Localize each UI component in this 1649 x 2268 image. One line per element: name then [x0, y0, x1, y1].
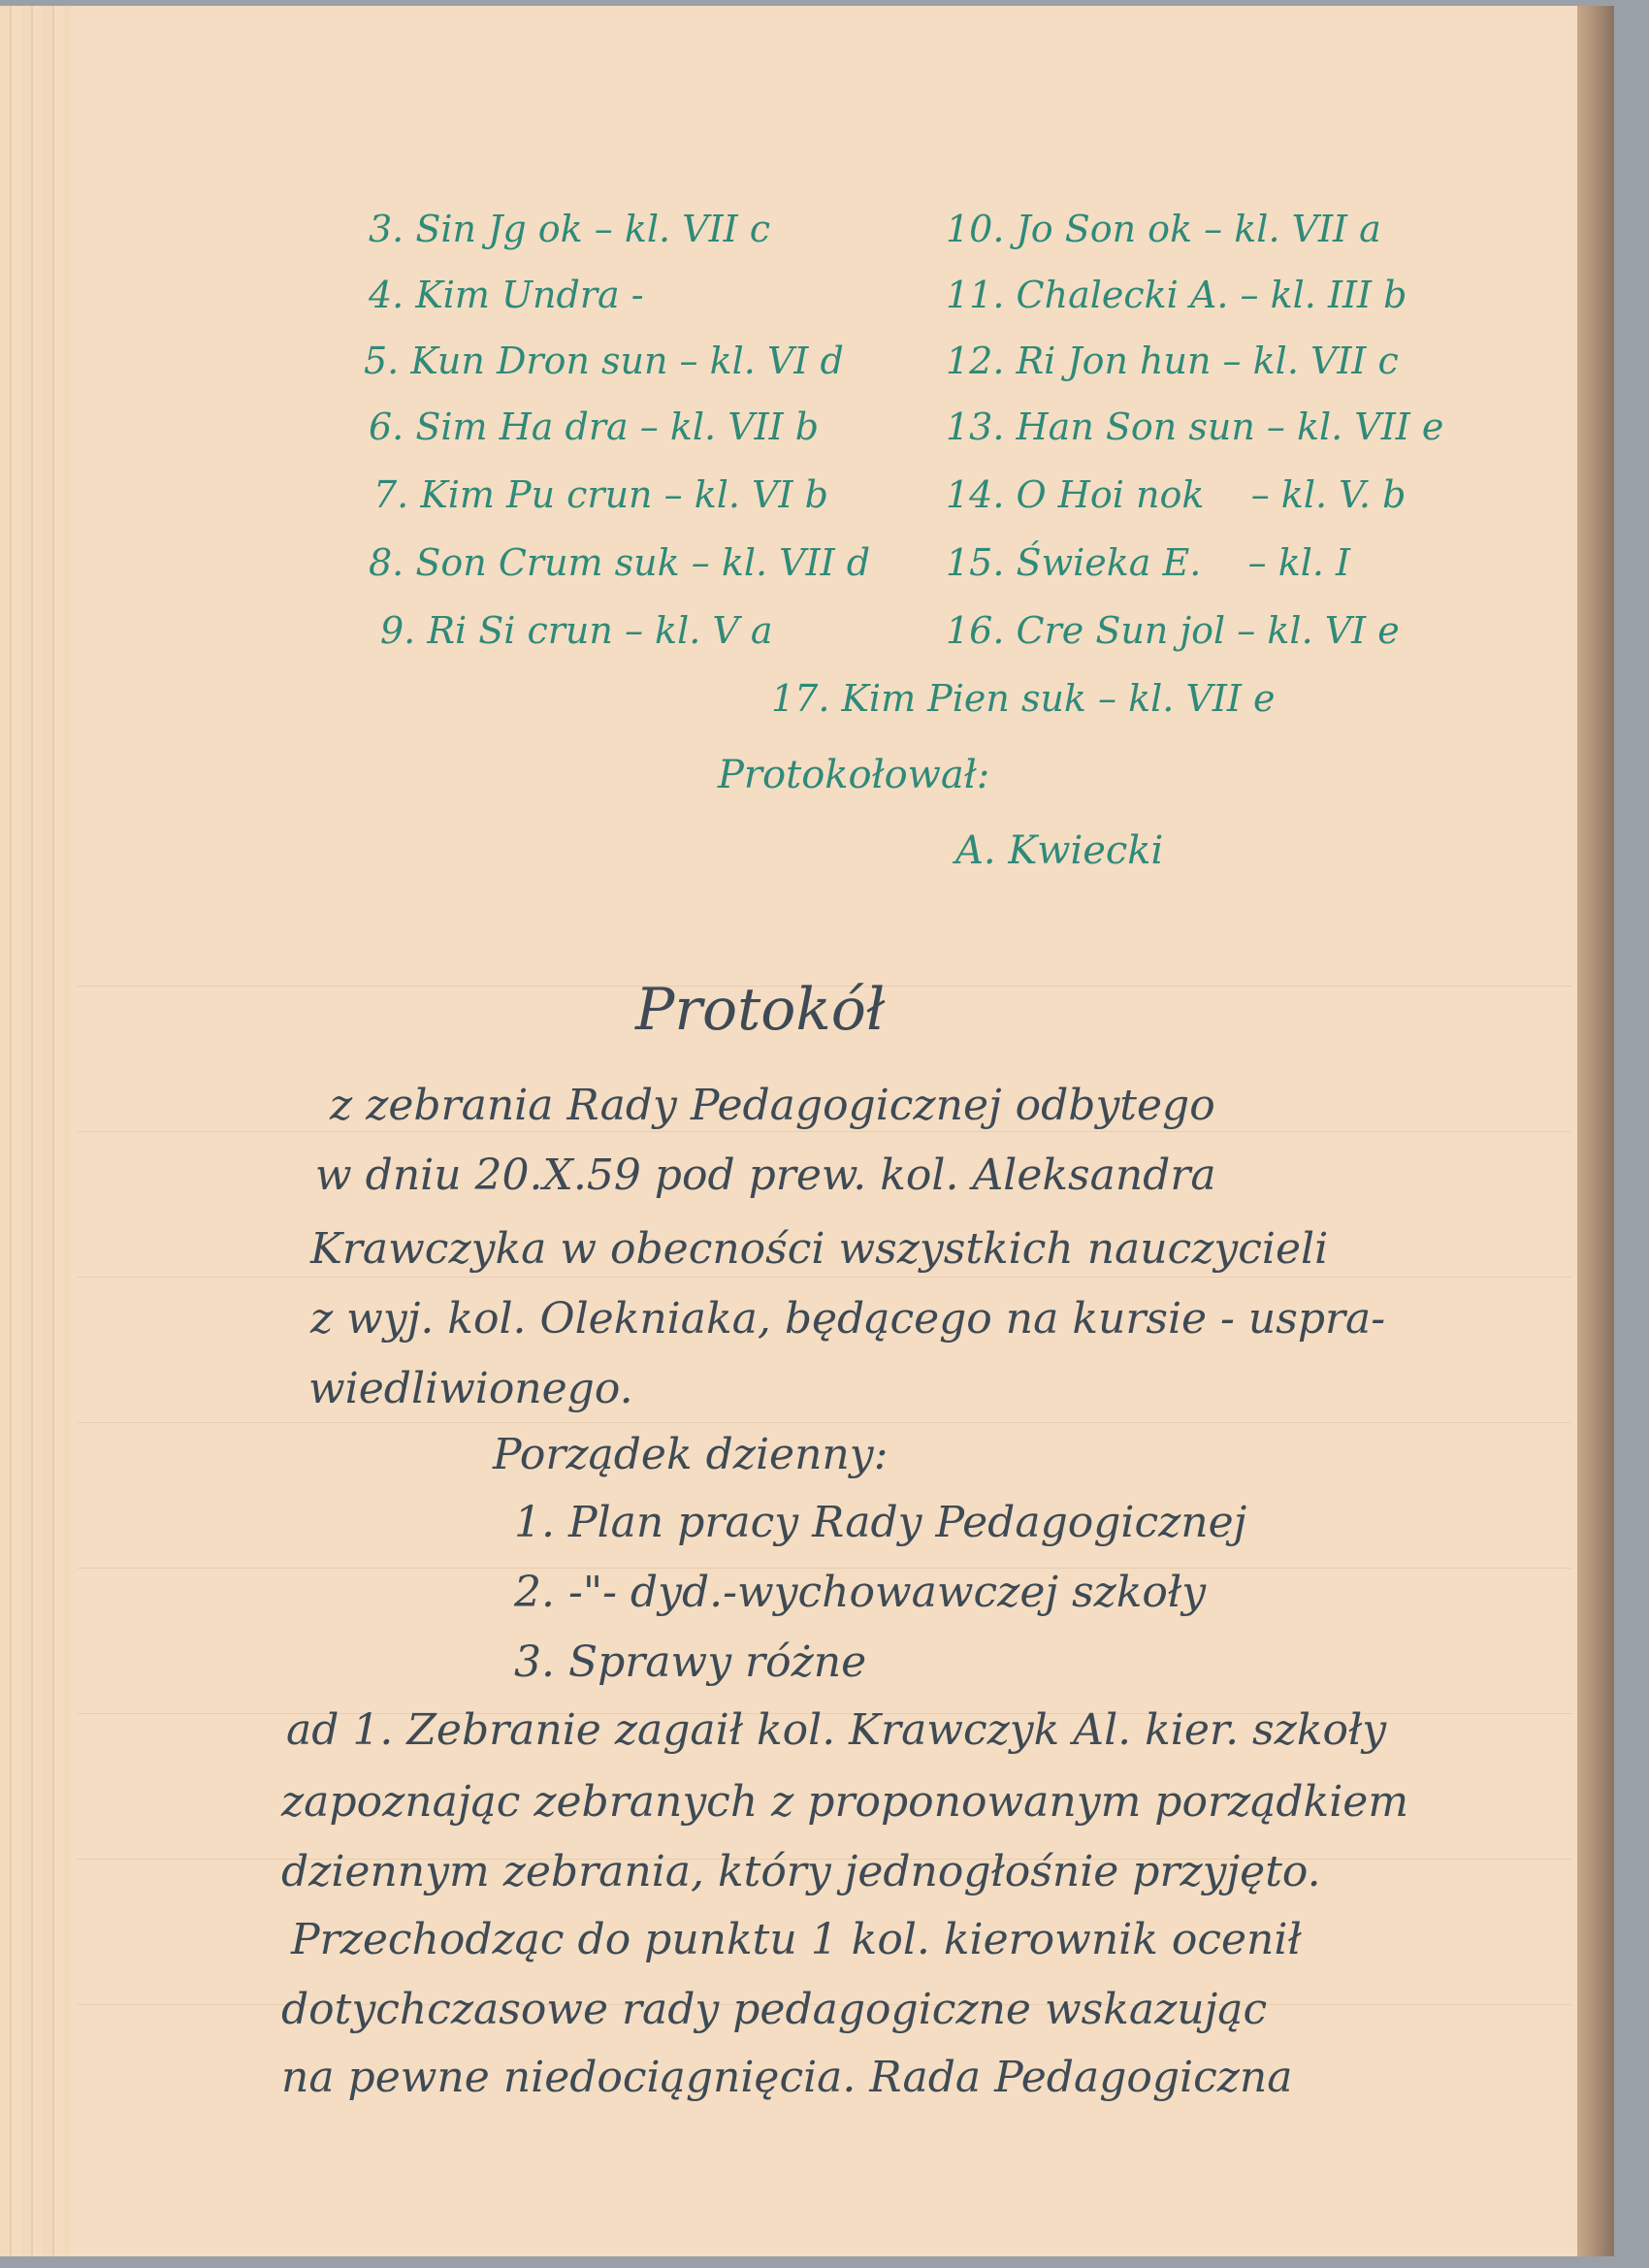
- list-item: 6. Sim Ha dra – kl. VII b: [369, 405, 819, 448]
- protocol-title: Protokół: [635, 976, 885, 1044]
- agenda-label: Porządek dzienny:: [493, 1430, 888, 1479]
- list-item: 12. Ri Jon hun – kl. VII c: [946, 340, 1399, 382]
- intro-line: z wyj. kol. Olekniaka, będącego na kursi…: [310, 1294, 1385, 1344]
- list-item: 4. Kim Undra -: [369, 274, 644, 316]
- agenda-item: 3. Sprawy różne: [514, 1637, 866, 1687]
- ruled-line: [78, 1131, 1571, 1132]
- body-line: zapoznając zebranych z proponowanym porz…: [281, 1777, 1408, 1827]
- list-item: 9. Ri Si crun – kl. V a: [380, 609, 773, 652]
- ruled-line: [78, 1277, 1571, 1278]
- book-spine-shadow: [1577, 6, 1614, 2256]
- notebook-page: 3. Sin Jg ok – kl. VII c 4. Kim Undra - …: [0, 6, 1614, 2256]
- intro-line: z zebrania Rady Pedagogicznej odbytego: [330, 1081, 1215, 1130]
- body-line: Przechodząc do punktu 1 kol. kierownik o…: [291, 1915, 1302, 1964]
- list-item: 5. Kun Dron sun – kl. VI d: [364, 340, 844, 382]
- list-item: 14. O Hoi nok – kl. V. b: [946, 473, 1406, 516]
- protokolowal-label: Protokołował:: [718, 753, 989, 797]
- intro-line: Krawczyka w obecności wszystkich nauczyc…: [310, 1224, 1328, 1274]
- list-item: 8. Son Crum suk – kl. VII d: [369, 541, 870, 584]
- agenda-item: 1. Plan pracy Rady Pedagogicznej: [514, 1498, 1246, 1547]
- list-item-last: 17. Kim Pien suk – kl. VII e: [771, 677, 1276, 720]
- body-line: na pewne niedociągnięcia. Rada Pedagogic…: [281, 2053, 1293, 2102]
- list-item: 16. Cre Sun jol – kl. VI e: [946, 609, 1400, 652]
- intro-line: w dniu 20.X.59 pod prew. kol. Aleksandra: [315, 1150, 1216, 1200]
- ruled-line: [78, 1422, 1571, 1423]
- list-item: 13. Han Son sun – kl. VII e: [946, 405, 1443, 448]
- agenda-item: 2. -"- dyd.-wychowawczej szkoły: [514, 1568, 1206, 1617]
- list-item: 10. Jo Son ok – kl. VII a: [946, 208, 1381, 250]
- list-item: 7. Kim Pu crun – kl. VI b: [373, 473, 828, 516]
- list-item: 3. Sin Jg ok – kl. VII c: [369, 208, 770, 250]
- intro-line: wiedliwionego.: [308, 1364, 633, 1413]
- body-line: dotychczasowe rady pedagogiczne wskazują…: [281, 1985, 1267, 2034]
- list-item: 15. Świeka E. – kl. I: [946, 541, 1350, 584]
- signature: A. Kwiecki: [955, 828, 1163, 873]
- page-edges: [0, 6, 70, 2256]
- body-line: ad 1. Zebranie zagaił kol. Krawczyk Al. …: [286, 1705, 1386, 1755]
- list-item: 11. Chalecki A. – kl. III b: [946, 274, 1406, 316]
- body-line: dziennym zebrania, który jednogłośnie pr…: [281, 1847, 1321, 1896]
